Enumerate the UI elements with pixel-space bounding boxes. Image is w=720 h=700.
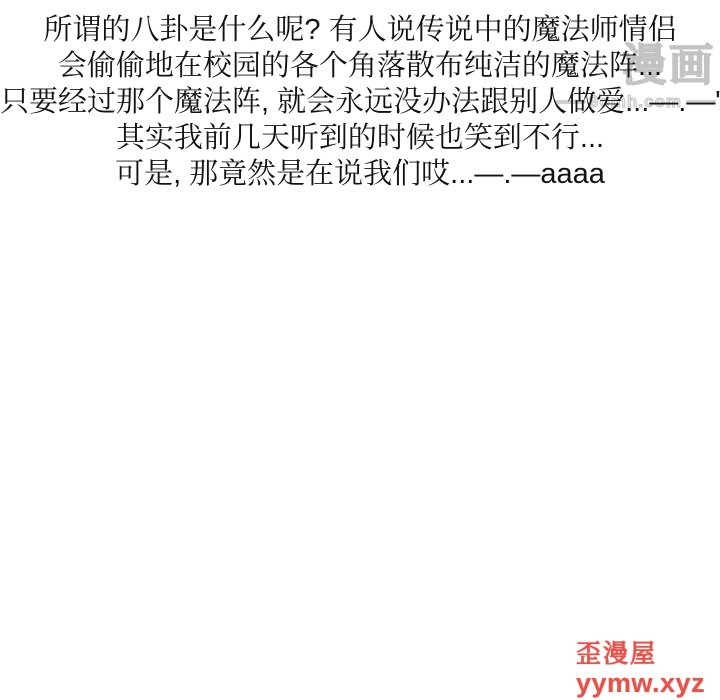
dialogue-line: 可是, 那竟然是在说我们哎...—.—aaaa [0,156,720,192]
dialogue-line: 会偷偷地在校园的各个角落散布纯洁的魔法阵... [0,48,720,84]
dialogue-line: 只要经过那个魔法阵, 就会永远没办法跟别人做爱...—.—" [0,84,720,120]
footer-site-name: 歪漫屋 [576,640,705,669]
dialogue-line: 所谓的八卦是什么呢? 有人说传说中的魔法师情侣 [0,12,720,48]
footer-site-url: yymw.xyz [576,669,705,698]
footer-site-credit: 歪漫屋 yymw.xyz [576,640,705,698]
dialogue-text-block: 所谓的八卦是什么呢? 有人说传说中的魔法师情侣 会偷偷地在校园的各个角落散布纯洁… [0,12,720,192]
dialogue-line: 其实我前几天听到的时候也笑到不行... [0,120,720,156]
